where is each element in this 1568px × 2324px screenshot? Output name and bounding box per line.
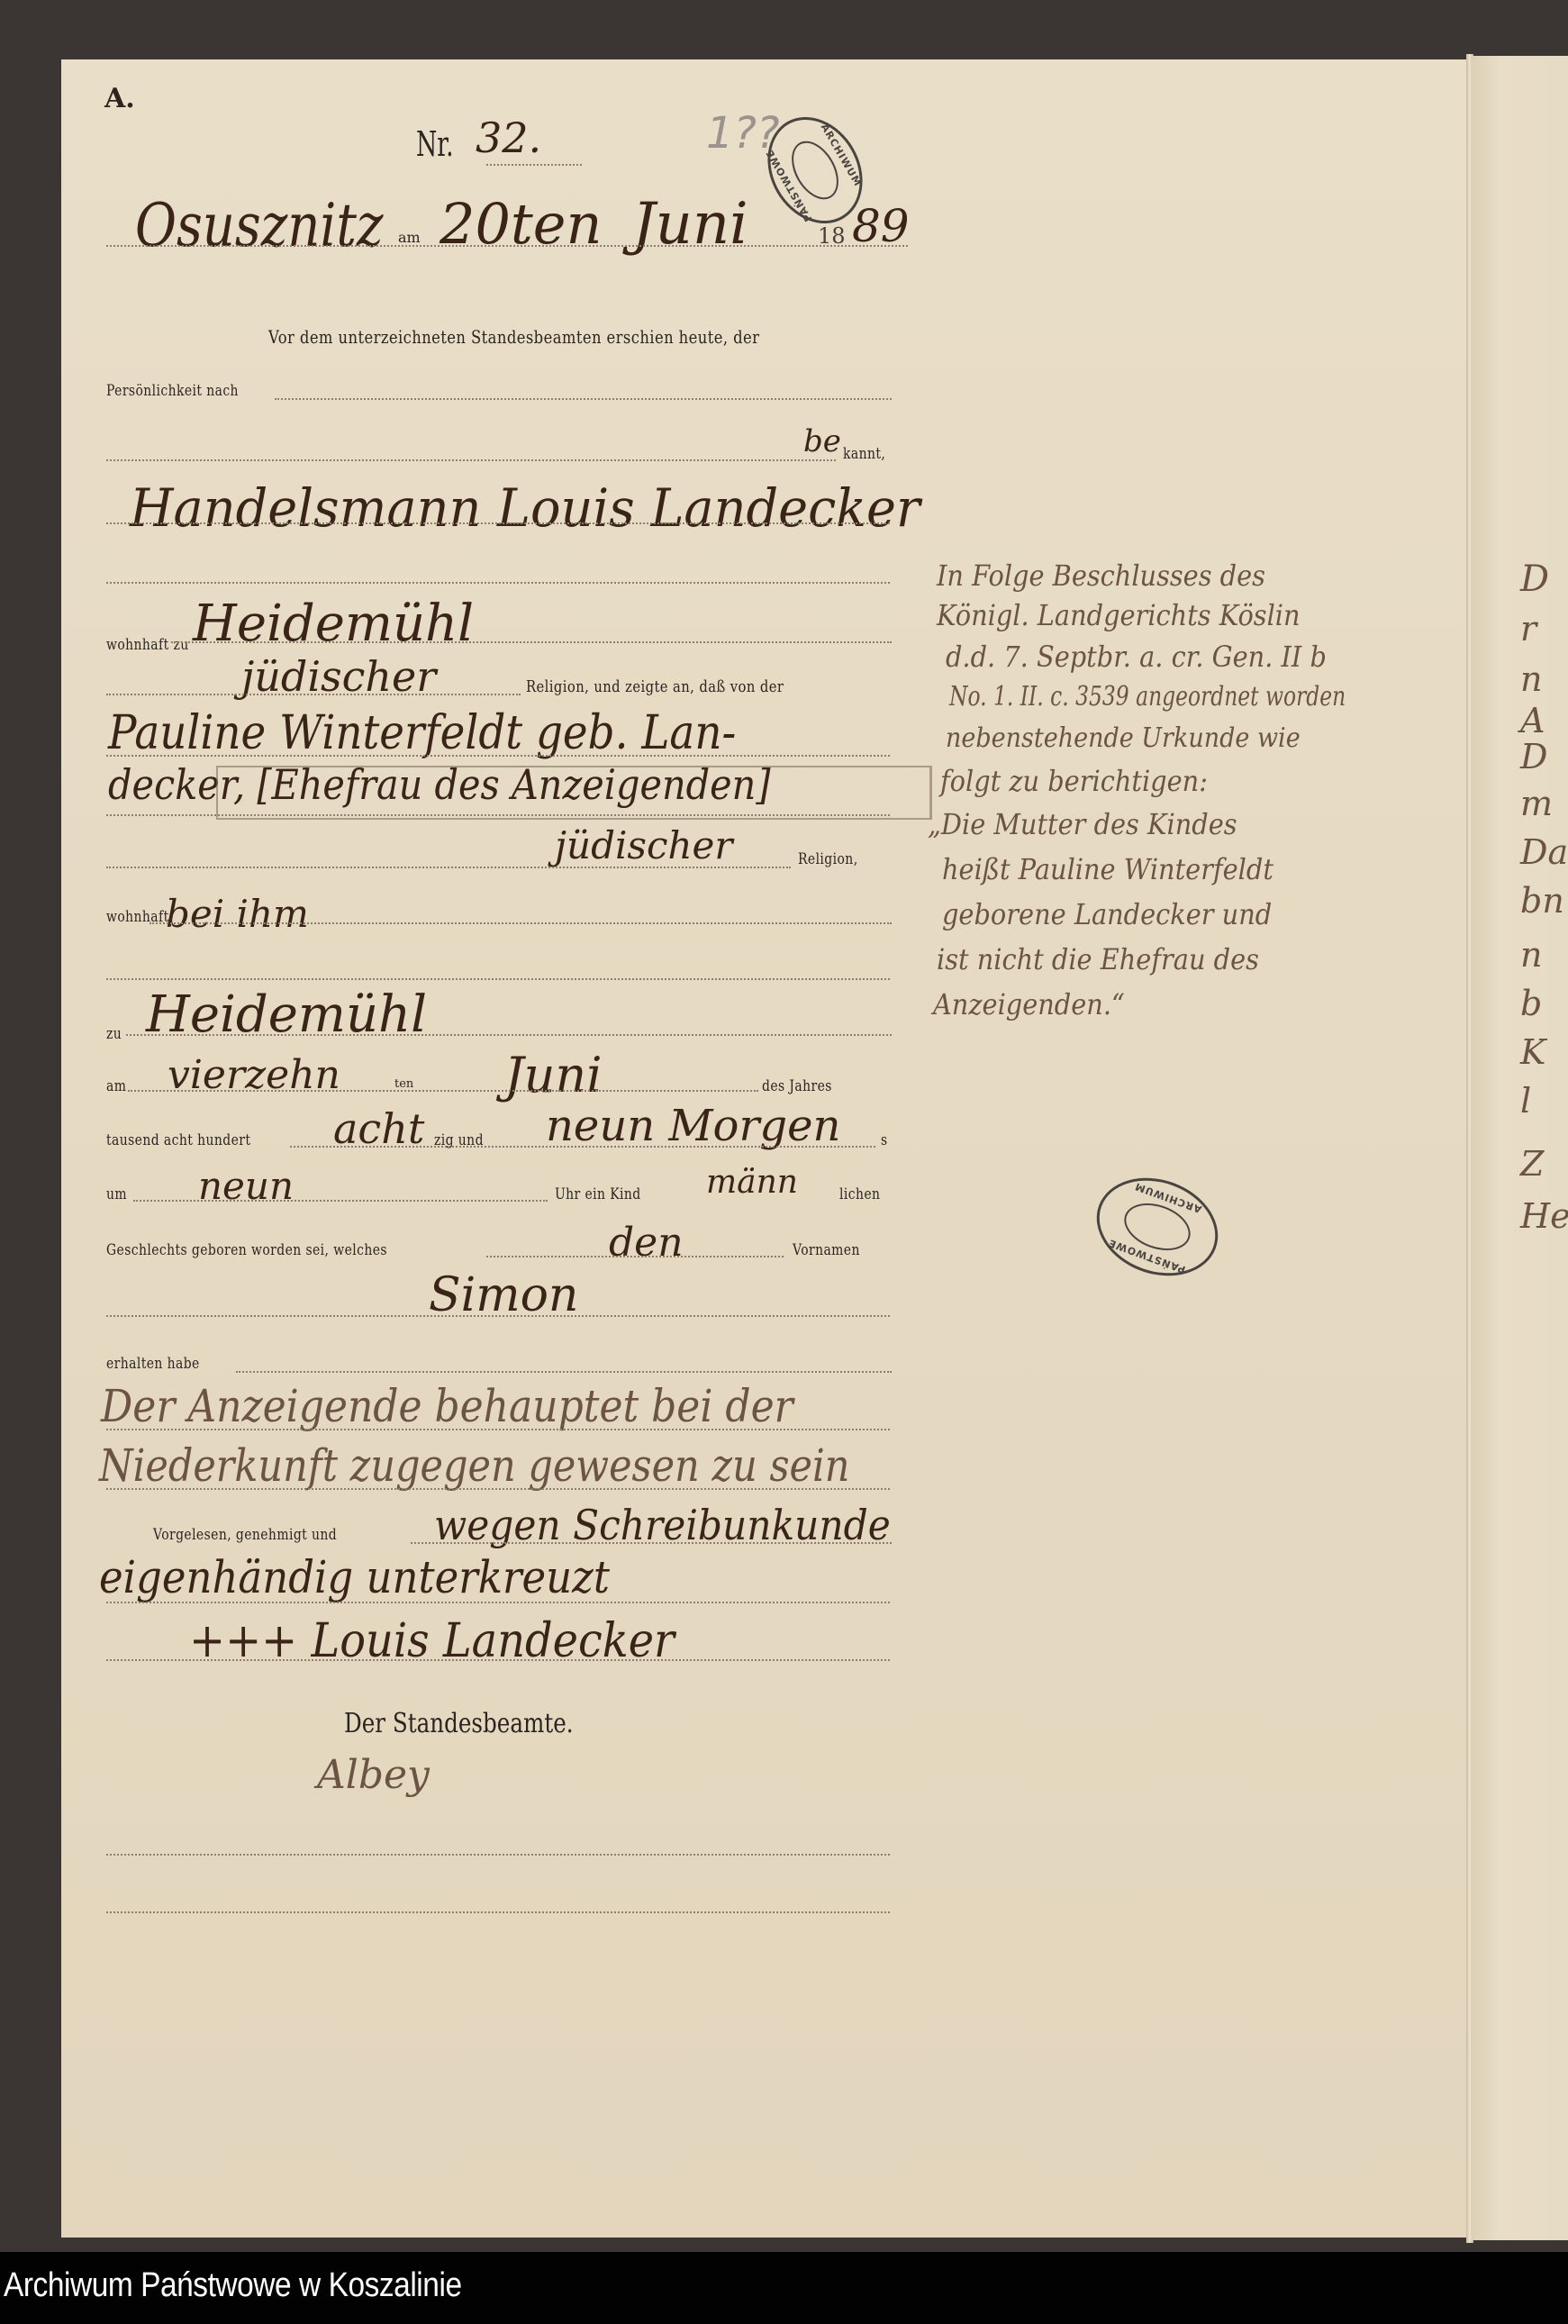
sex-suffix: lichen [839, 1185, 880, 1203]
am-label: am [398, 229, 421, 246]
fragment: m [1520, 784, 1568, 832]
margin-line: Königl. Landgerichts Köslin [937, 598, 1423, 640]
birth-date-line [128, 1090, 758, 1092]
fragment: Da [1520, 832, 1568, 881]
known-hand: be [803, 423, 841, 459]
um-label: um [106, 1185, 127, 1203]
ten-suffix: ten [394, 1077, 413, 1091]
signed-line [106, 1602, 890, 1603]
erhalten-line [236, 1371, 892, 1373]
s-suffix: s [881, 1131, 888, 1149]
remark-line-1: Der Anzeigende behauptet bei der [101, 1380, 793, 1432]
margin-line: ist nicht die Ehefrau des [937, 942, 1423, 987]
date-month: Juni [632, 191, 748, 258]
blank-line-1 [106, 582, 890, 584]
fragment: n [1520, 935, 1568, 984]
religion-line-2 [106, 867, 791, 868]
religion-line-1 [106, 694, 521, 695]
erhalten-label: erhalten habe [106, 1355, 200, 1373]
des-jahres: des Jahres [762, 1077, 832, 1095]
geschlechts-line [486, 1256, 784, 1257]
place-name: Osusznitz [135, 191, 383, 260]
number-label: Nr. [416, 124, 454, 164]
mother-dotline-2 [106, 814, 890, 816]
religion-hand-2: jüdischer [555, 823, 732, 867]
official-line [106, 1854, 890, 1856]
mother-line-1: Pauline Winterfeldt geb. Lan- [108, 706, 736, 760]
bottom-line [106, 1911, 890, 1913]
known-print: kannt, [843, 445, 885, 463]
fragment: bn [1520, 881, 1568, 935]
mother-residence-line [150, 922, 892, 924]
margin-line: d.d. 7. Septbr. a. cr. Gen. II b [946, 640, 1432, 681]
blank-line-2 [106, 978, 890, 980]
official-label: Der Standesbeamte. [344, 1708, 574, 1739]
birth-year-line [290, 1146, 875, 1148]
fragment: n [1520, 659, 1568, 701]
den-hand: den [609, 1220, 684, 1266]
margin-note: In Folge Beschlusses des Königl. Landger… [937, 558, 1477, 1032]
number-underline [486, 164, 582, 166]
signed-hand: eigenhändig unterkreuzt [99, 1551, 610, 1603]
signature-line [106, 1659, 890, 1661]
margin-line: „Die Mutter des Kindes [928, 807, 1414, 852]
mother-dotline-1 [106, 755, 890, 757]
residence-hand: Heidemühl [193, 595, 474, 653]
remark-dotline-2 [106, 1488, 890, 1490]
margin-line: No. 1. II. c. 3539 angeordnet worden [949, 681, 1371, 722]
year-units-hand: neun Morgen [546, 1101, 840, 1151]
fragment: r [1520, 609, 1568, 659]
declarant-name: Handelsmann Louis Landecker [130, 477, 920, 539]
sex-hand: männ [706, 1164, 798, 1201]
margin-line: In Folge Beschlusses des [937, 558, 1423, 598]
declarant-line [106, 522, 890, 524]
next-page-text: D r n A D m Da bn n b K l Z He [1520, 558, 1568, 1245]
child-name-hand: Simon [429, 1268, 578, 1322]
vornamen-label: Vornamen [793, 1241, 860, 1259]
zu-label: zu [106, 1025, 122, 1043]
am-label-2: am [106, 1077, 126, 1095]
vorgelesen-line [411, 1542, 892, 1544]
birth-month-hand: Juni [504, 1047, 602, 1103]
known-line [106, 459, 836, 461]
fragment: A [1520, 701, 1568, 737]
fragment: b [1520, 984, 1568, 1032]
fragment: D [1520, 558, 1568, 609]
insertion-bracket [216, 766, 932, 820]
identity-label: Persönlichkeit nach [106, 382, 239, 400]
fragment: D [1520, 737, 1568, 784]
margin-line: Anzeigenden.“ [933, 987, 1419, 1032]
form-letter: A. [104, 83, 135, 114]
margin-line: folgt zu berichtigen: [940, 764, 1427, 807]
residence-line [171, 641, 892, 643]
hour-line [133, 1200, 548, 1202]
date-line [106, 245, 908, 247]
archive-name: Archiwum Państwowe w Koszalinie [4, 2266, 462, 2305]
official-signature: Albey [317, 1752, 430, 1798]
fragment: He [1520, 1196, 1568, 1245]
margin-line: heißt Pauline Winterfeldt [942, 852, 1428, 897]
date-day: 20ten [440, 191, 602, 257]
mother-residence-hand: bei ihm [166, 892, 309, 936]
fragment: K [1520, 1032, 1568, 1081]
fragment: l [1520, 1081, 1568, 1144]
margin-line: geborene Landecker und [942, 897, 1428, 942]
remark-line-2: Niederkunft zugegen gewesen zu sein [99, 1439, 849, 1492]
mother-place-line [126, 1034, 892, 1036]
uhr-kind: Uhr ein Kind [555, 1185, 641, 1203]
child-name-line [106, 1315, 890, 1317]
residence-label: wohnhaft zu [106, 636, 189, 654]
identity-line [275, 398, 892, 400]
religion-print-2: Religion, [798, 850, 858, 868]
fragment: Z [1520, 1144, 1568, 1196]
intro-text: Vor dem unterzeichneten Standesbeamten e… [268, 326, 759, 348]
geschlechts-label: Geschlechts geboren worden sei, welches [106, 1241, 387, 1259]
tausend-label: tausend acht hundert [106, 1131, 250, 1149]
vorgelesen-label: Vorgelesen, genehmigt und [153, 1526, 337, 1544]
religion-print-1: Religion, und zeigte an, daß von der [526, 677, 784, 696]
margin-line: nebenstehende Urkunde wie [946, 722, 1432, 764]
remark-dotline-1 [106, 1429, 890, 1430]
number-value: 32. [476, 113, 541, 162]
